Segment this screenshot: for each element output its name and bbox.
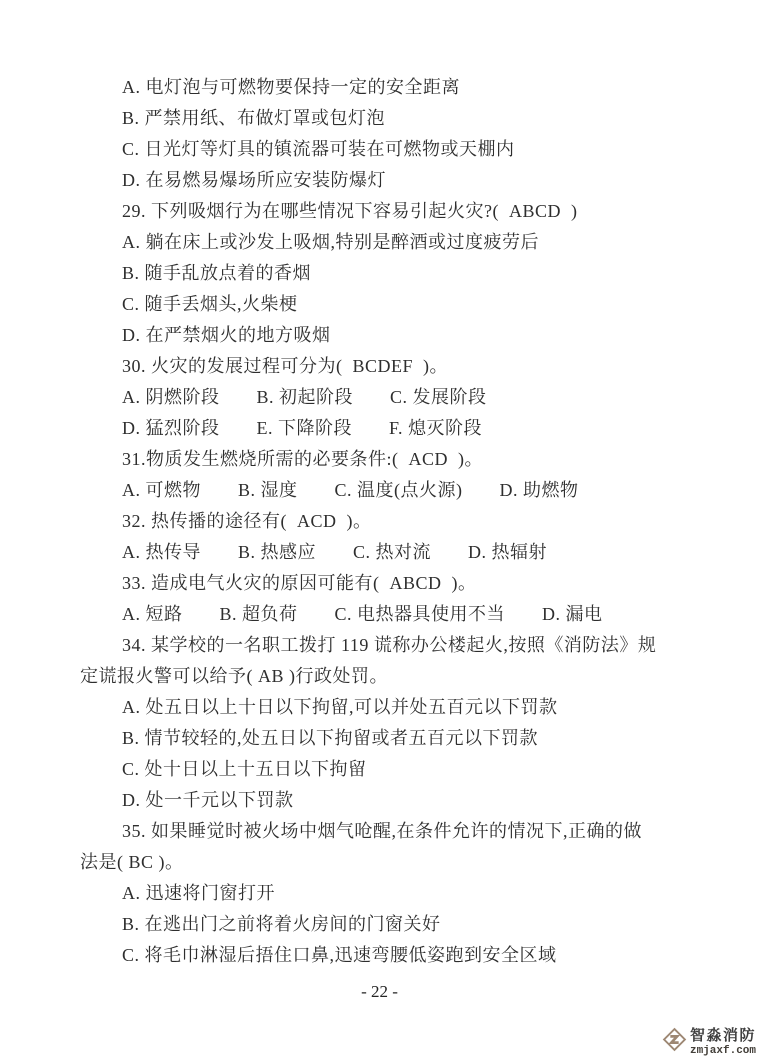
page-number: - 22 - [0,982,759,1002]
option-row-line: A. 阴燃阶段 B. 初起阶段 C. 发展阶段 [80,382,720,413]
option-line: D. 处一千元以下罚款 [80,785,720,816]
option-line: A. 处五日以上十日以下拘留,可以并处五百元以下罚款 [80,692,720,723]
brand-text: 智淼消防 zmjaxf.com [690,1028,756,1057]
diamond-z-logo-icon [662,1027,687,1057]
option-line: A. 电灯泡与可燃物要保持一定的安全距离 [80,72,720,103]
option-row-line: A. 短路 B. 超负荷 C. 电热器具使用不当 D. 漏电 [80,599,720,630]
question-line: 34. 某学校的一名职工拨打 119 谎称办公楼起火,按照《消防法》规 [80,630,720,661]
question-line: 31.物质发生燃烧所需的必要条件:( ACD )。 [80,444,720,475]
option-line: B. 随手乱放点着的香烟 [80,258,720,289]
brand-name: 智淼消防 [690,1028,756,1043]
option-line: D. 在严禁烟火的地方吸烟 [80,320,720,351]
document-page: A. 电灯泡与可燃物要保持一定的安全距离 B. 严禁用纸、布做灯罩或包灯泡 C.… [0,0,759,1063]
brand-watermark: 智淼消防 zmjaxf.com [662,1027,756,1057]
question-line: 29. 下列吸烟行为在哪些情况下容易引起火灾?( ABCD ) [80,196,720,227]
option-row-line: A. 可燃物 B. 湿度 C. 温度(点火源) D. 助燃物 [80,475,720,506]
option-line: C. 随手丢烟头,火柴梗 [80,289,720,320]
document-body: A. 电灯泡与可燃物要保持一定的安全距离 B. 严禁用纸、布做灯罩或包灯泡 C.… [80,72,720,971]
question-line: 35. 如果睡觉时被火场中烟气呛醒,在条件允许的情况下,正确的做 [80,816,720,847]
brand-site: zmjaxf.com [690,1046,756,1057]
question-continuation-line: 法是( BC )。 [80,847,720,878]
question-continuation-line: 定谎报火警可以给予( AB )行政处罚。 [80,661,720,692]
option-line: C. 日光灯等灯具的镇流器可装在可燃物或天棚内 [80,134,720,165]
option-line: B. 在逃出门之前将着火房间的门窗关好 [80,909,720,940]
option-row-line: A. 热传导 B. 热感应 C. 热对流 D. 热辐射 [80,537,720,568]
option-line: B. 严禁用纸、布做灯罩或包灯泡 [80,103,720,134]
question-line: 30. 火灾的发展过程可分为( BCDEF )。 [80,351,720,382]
option-row-line: D. 猛烈阶段 E. 下降阶段 F. 熄灭阶段 [80,413,720,444]
question-line: 32. 热传播的途径有( ACD )。 [80,506,720,537]
option-line: A. 躺在床上或沙发上吸烟,特别是醉酒或过度疲劳后 [80,227,720,258]
option-line: C. 将毛巾淋湿后捂住口鼻,迅速弯腰低姿跑到安全区域 [80,940,720,971]
question-line: 33. 造成电气火灾的原因可能有( ABCD )。 [80,568,720,599]
option-line: D. 在易燃易爆场所应安装防爆灯 [80,165,720,196]
option-line: A. 迅速将门窗打开 [80,878,720,909]
option-line: B. 情节较轻的,处五日以下拘留或者五百元以下罚款 [80,723,720,754]
option-line: C. 处十日以上十五日以下拘留 [80,754,720,785]
